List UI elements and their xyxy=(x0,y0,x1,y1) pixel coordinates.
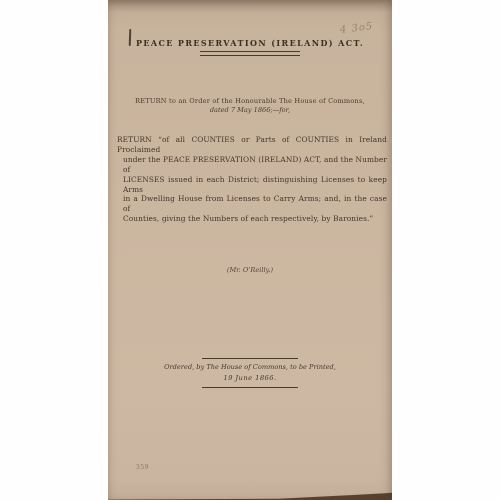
imprint-rule-bottom xyxy=(202,387,298,388)
paper-top-shadow xyxy=(108,0,392,12)
return-paragraph-line: LICENSES issued in each District; distin… xyxy=(117,175,387,195)
return-paragraph: RETURN “of all COUNTIES or Parts of COUN… xyxy=(117,135,387,224)
return-paragraph-line: RETURN “of all COUNTIES or Parts of COUN… xyxy=(117,135,387,155)
imprint-ordered-line: Ordered, by The House of Commons, to be … xyxy=(108,363,392,371)
document-photo: 4 3o5 PEACE PRESERVATION (IRELAND) ACT. … xyxy=(0,0,500,500)
return-paragraph-line: Counties, giving the Numbers of each res… xyxy=(117,214,387,224)
return-paragraph-line: under the PEACE PRESERVATION (IRELAND) A… xyxy=(117,155,387,175)
paper-number: 359 xyxy=(136,464,149,471)
order-heading-line1: RETURN to an Order of the Honourable The… xyxy=(108,97,392,105)
title-double-rule xyxy=(200,51,300,56)
imprint-date-line: 19 June 1866. xyxy=(108,374,392,382)
return-paragraph-line: in a Dwelling House from Licenses to Car… xyxy=(117,194,387,214)
document-title: PEACE PRESERVATION (IRELAND) ACT. xyxy=(108,38,392,48)
paper-page: 4 3o5 PEACE PRESERVATION (IRELAND) ACT. … xyxy=(108,0,392,500)
imprint-rule-top xyxy=(202,358,298,359)
paper-bottom-edge-shadow xyxy=(108,491,392,500)
mover-name: (Mr. O’Reilly.) xyxy=(108,266,392,274)
pencil-shelfmark-annotation: 4 3o5 xyxy=(339,21,373,36)
order-heading-line2: dated 7 May 1866;—for, xyxy=(108,106,392,114)
